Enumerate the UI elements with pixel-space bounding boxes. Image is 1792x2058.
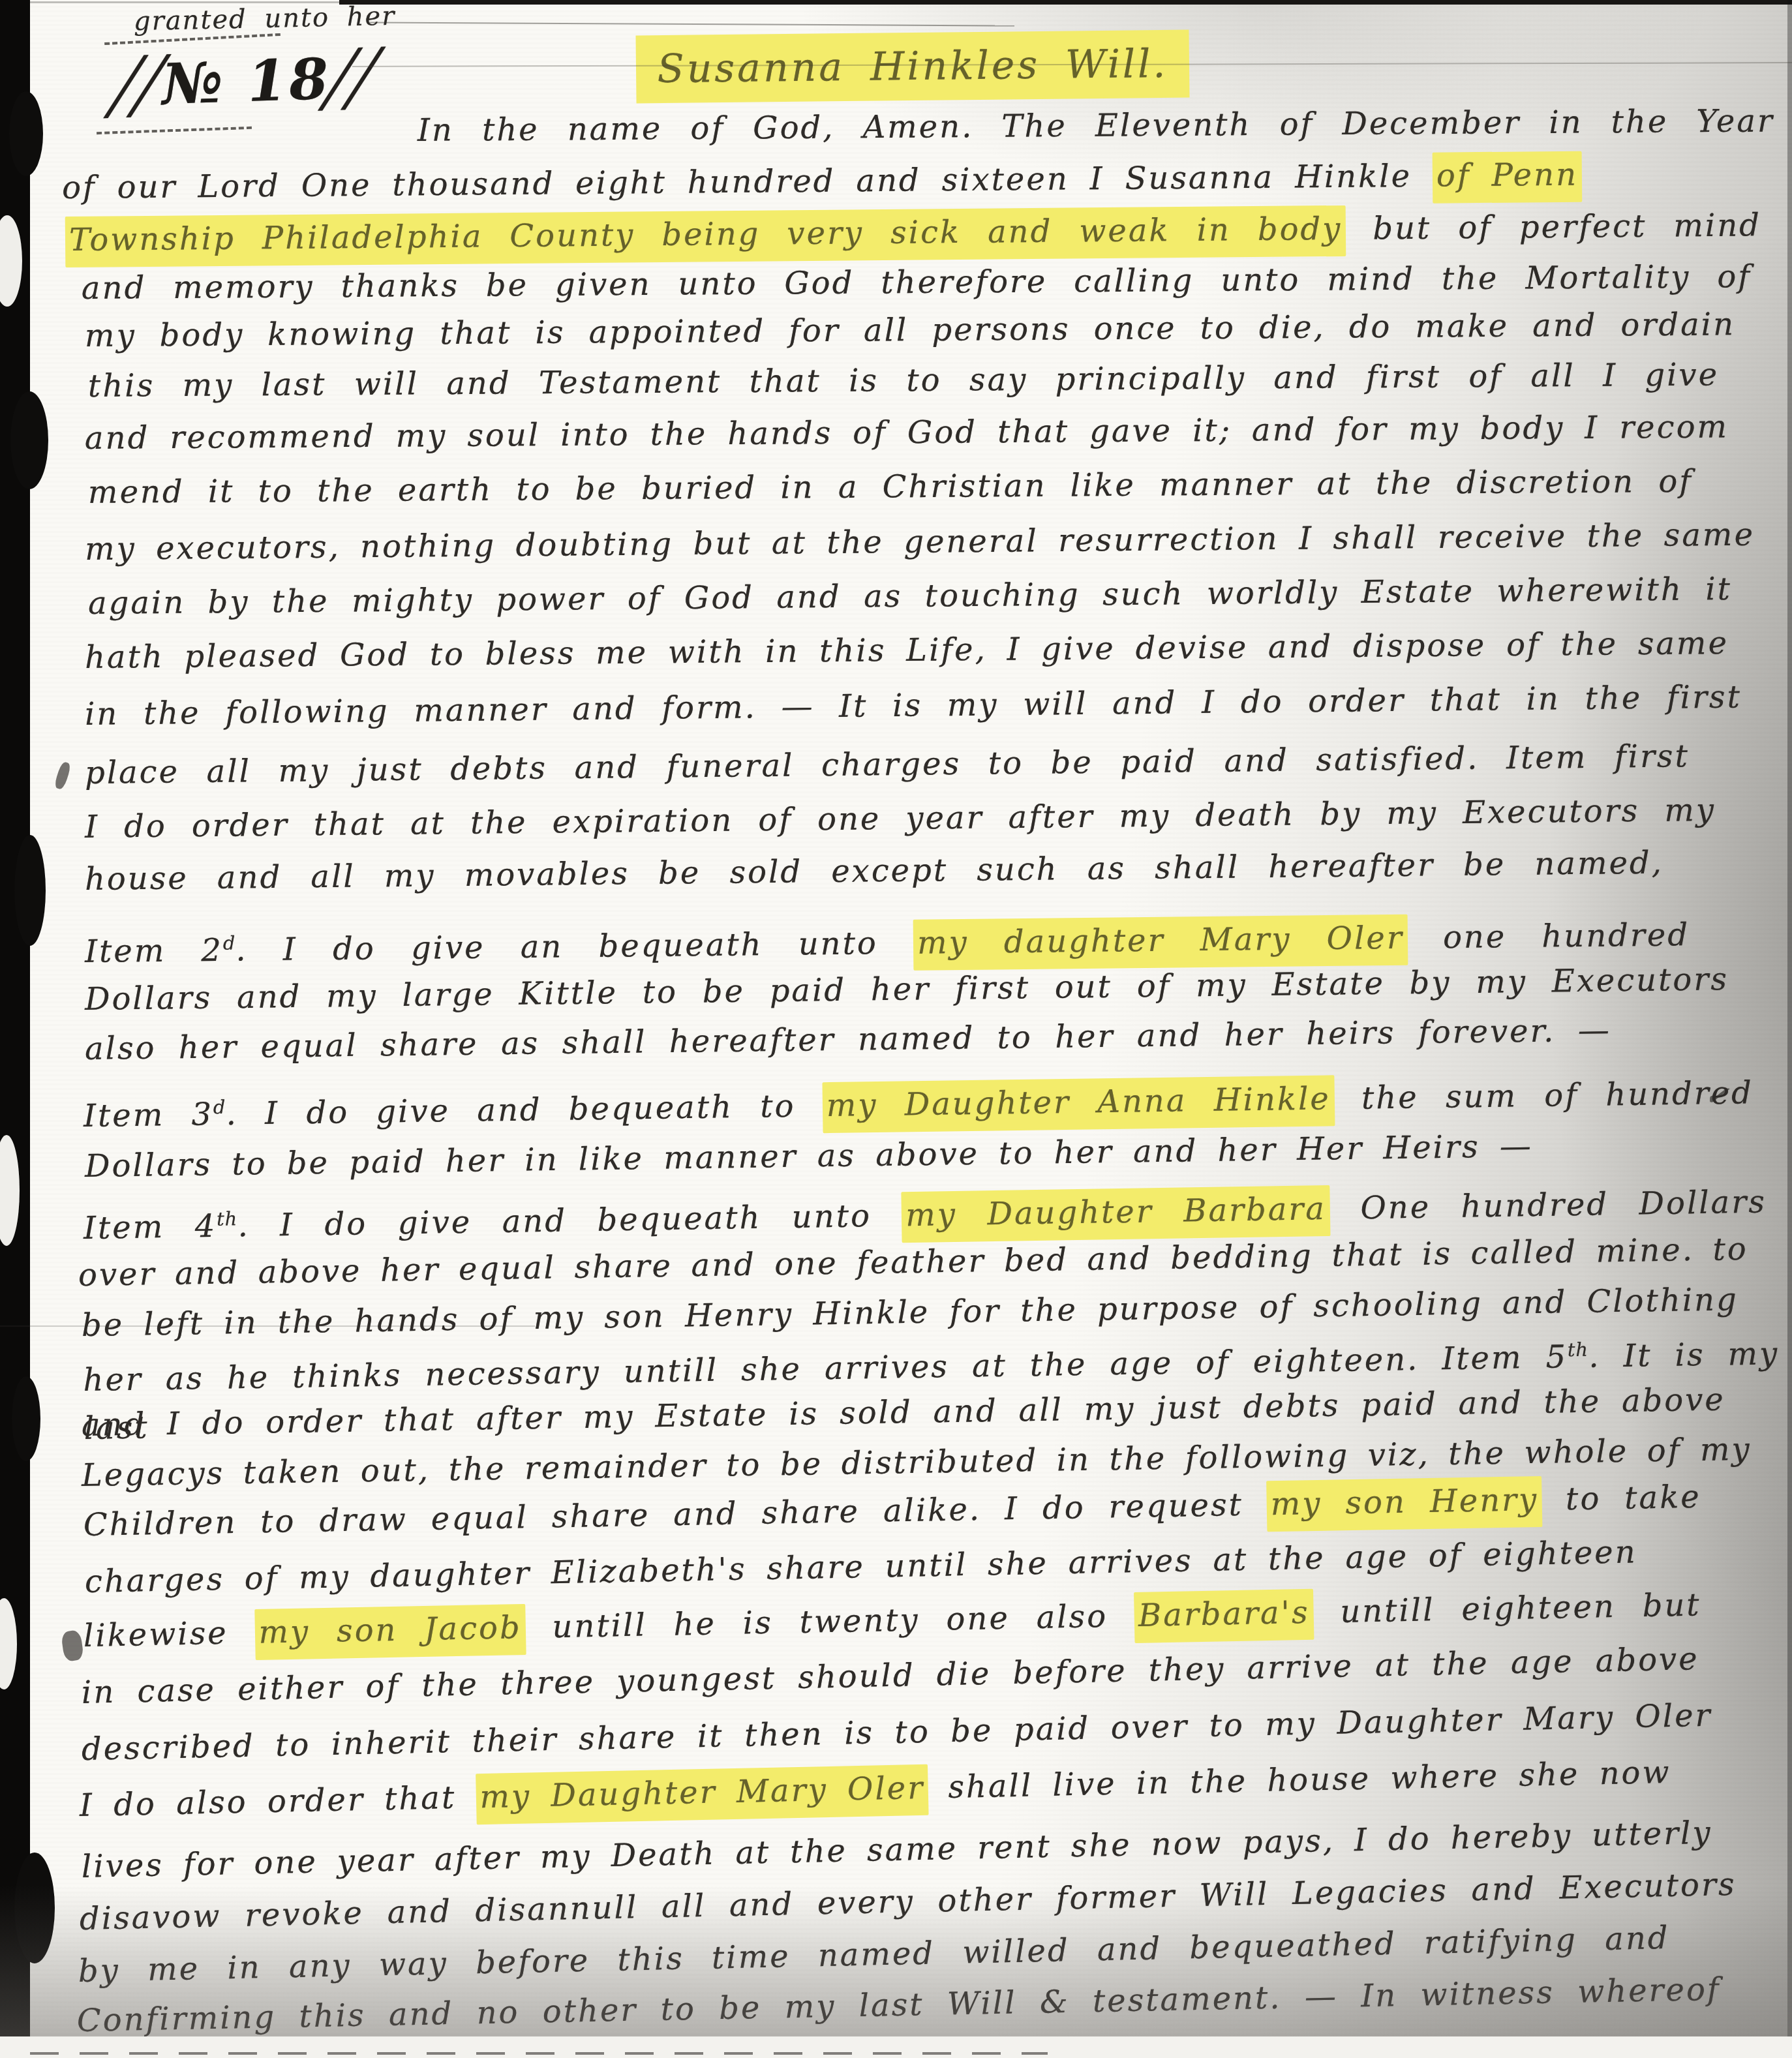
will-line-13: place all my just debts and funeral char… <box>85 732 1690 797</box>
pen-rule-line <box>369 22 1014 26</box>
will-line-9: my executors, nothing doubting but at th… <box>85 511 1755 573</box>
text-segment: but of perfect mind <box>1346 207 1761 247</box>
highlighted-phrase: my son Jacob <box>254 1604 526 1660</box>
text-segment: and recommend my soul into the hands of … <box>85 408 1729 457</box>
scan-bottom-strip <box>0 2036 1792 2058</box>
will-line-7: and recommend my soul into the hands of … <box>85 402 1729 462</box>
text-segment: d <box>223 932 236 954</box>
text-segment: mend it to the earth to be buried in a C… <box>88 463 1693 511</box>
text-segment: untill he is twenty one also <box>525 1597 1134 1646</box>
margin-ink-mark <box>61 1629 84 1662</box>
will-line-10: again by the mighty power of God and as … <box>88 565 1733 628</box>
highlighted-phrase: my Daughter Mary Oler <box>476 1764 929 1825</box>
scan-torn-left-edge <box>0 0 30 2058</box>
text-segment: . I do give and bequeath unto <box>237 1197 902 1244</box>
scan-edge-blob <box>10 391 48 489</box>
scanned-will-page: { "page": { "kind": "scanned handwritten… <box>0 0 1792 2058</box>
scan-edge-blob <box>14 835 46 946</box>
highlighted-phrase: of Penn <box>1433 151 1583 204</box>
text-segment: . I do give an bequeath unto <box>235 925 913 969</box>
scan-bottom-speckle-line <box>30 2052 1048 2055</box>
will-line-2: of our Lord One thousand eight hundred a… <box>62 151 1583 212</box>
scan-edge-blob <box>12 1376 40 1461</box>
page-title: Susanna Hinkles Will. <box>657 41 1168 92</box>
scan-top-edge <box>339 0 1792 5</box>
text-segment: one hundred <box>1407 916 1690 956</box>
text-segment: d <box>213 1096 226 1118</box>
will-line-1: In the name of God, Amen. The Eleventh o… <box>418 97 1774 155</box>
text-segment: place all my just debts and funeral char… <box>85 738 1690 791</box>
highlighted-phrase: my Daughter Anna Hinkle <box>822 1075 1335 1133</box>
text-segment: house and all my movables be sold except… <box>85 845 1663 898</box>
text-segment: . I do give and bequeath to <box>226 1087 823 1132</box>
will-line-11: hath pleased God to bless me with in thi… <box>85 619 1729 682</box>
scan-edge-blob <box>9 91 43 176</box>
previous-page-fragment: granted unto her <box>134 1 396 37</box>
text-segment: I do order that at the expiration of one… <box>85 792 1716 845</box>
text-segment: Item 4 <box>84 1208 217 1247</box>
text-segment: likewise <box>83 1614 255 1654</box>
record-number-badge: ∕∕№ 18∕∕ <box>115 41 378 120</box>
text-segment: this my last will and Testament that is … <box>88 357 1719 404</box>
will-line-8: mend it to the earth to be buried in a C… <box>88 457 1693 517</box>
text-segment: One hundred Dollars <box>1329 1183 1767 1227</box>
record-number-text: № 18 <box>160 46 331 118</box>
text-segment: and memory thanks be given unto God ther… <box>82 258 1752 307</box>
text-segment: the sum of hundred <box>1334 1074 1754 1117</box>
text-segment: I do also order that <box>79 1779 476 1824</box>
text-segment: Item 2 <box>85 932 224 970</box>
text-segment: my body knowing that is appointed for al… <box>85 306 1735 354</box>
highlighted-phrase: my son Henry <box>1266 1476 1543 1532</box>
text-segment: shall live in the house where she now <box>928 1754 1671 1806</box>
text-segment: my executors, nothing doubting but at th… <box>85 517 1755 567</box>
text-segment: th <box>1568 1339 1589 1361</box>
scan-right-edge-shadow <box>1787 0 1792 2058</box>
highlighted-phrase: Barbara's <box>1134 1589 1314 1643</box>
scan-edge-blob <box>14 1853 55 1963</box>
text-segment: hath pleased God to bless me with in thi… <box>85 625 1729 676</box>
text-segment: In the name of God, Amen. The Eleventh o… <box>418 102 1774 149</box>
text-segment: Item 3 <box>84 1096 214 1134</box>
text-segment: th <box>217 1207 238 1230</box>
title-highlight-band: Susanna Hinkles Will. <box>635 30 1189 104</box>
text-segment: untill eighteen but <box>1313 1586 1701 1630</box>
text-segment: in the following manner and form. — It i… <box>85 678 1742 733</box>
text-segment: of our Lord One thousand eight hundred a… <box>62 158 1433 206</box>
text-segment: again by the mighty power of God and as … <box>88 571 1732 622</box>
will-line-6: this my last will and Testament that is … <box>88 351 1719 410</box>
margin-ink-mark <box>53 761 72 791</box>
will-line-12: in the following manner and form. — It i… <box>85 673 1742 738</box>
text-segment: to take <box>1542 1479 1702 1518</box>
